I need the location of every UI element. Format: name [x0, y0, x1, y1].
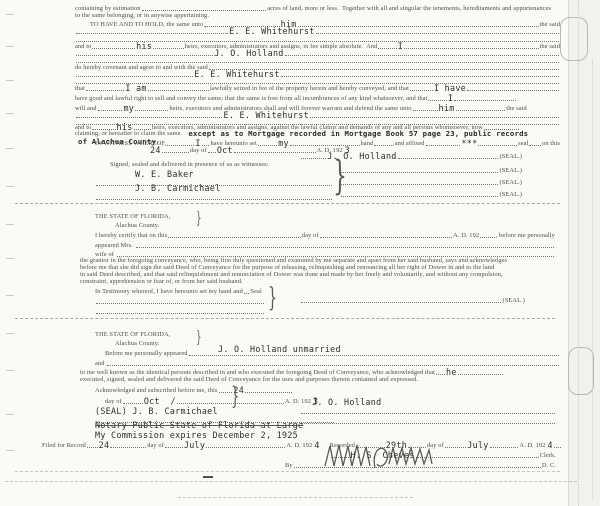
printed-form-text: (SEAL.) — [499, 168, 522, 174]
printed-form-text: have good and lawful right to sell and c… — [75, 96, 427, 102]
margin-mark — [6, 113, 14, 114]
printed-form-text: (SEAL.) — [502, 298, 525, 304]
dotted-leader — [554, 447, 561, 448]
document-line: J. B. Carmichael — [135, 184, 220, 192]
dotted-leader — [86, 90, 124, 91]
page-right-edge — [568, 0, 600, 506]
dotted-leader — [301, 158, 326, 159]
form-brace: } — [333, 156, 347, 196]
typed-entry-text: I have — [434, 84, 466, 92]
printed-form-text: on this — [542, 141, 560, 147]
dotted-leader — [490, 447, 519, 448]
printed-form-text: and affixed — [395, 141, 425, 147]
printed-form-text: appeared Mrs. — [95, 243, 135, 249]
document-line: (SEAL) J. B. Carmichael — [95, 407, 218, 415]
dotted-leader — [165, 447, 183, 448]
document-line: THE STATE OF FLORIDA, — [95, 330, 170, 338]
document-line — [300, 417, 556, 425]
edge-dotted-line — [592, 60, 593, 500]
printed-form-text: that — [75, 86, 85, 92]
margin-mark — [6, 46, 14, 47]
document-line: Acknowledged and subscribed before me, t… — [95, 386, 325, 394]
printed-form-text: day of — [190, 148, 207, 154]
printed-form-text: A. D. 192 — [453, 233, 479, 239]
margin-mark — [6, 148, 14, 149]
typed-entry-text: (SEAL) J. B. Carmichael — [95, 407, 218, 415]
printed-form-text: , before me personally — [496, 233, 555, 239]
typed-entry-text: J. O. Holland unmarried — [218, 345, 341, 353]
printed-form-text: THE STATE OF FLORIDA, — [95, 214, 170, 220]
margin-mark — [6, 414, 14, 415]
printed-form-text: day of — [302, 233, 319, 239]
document-line: constraint, apprehension or fear of, or … — [80, 277, 243, 285]
document-line: Alachua County. — [115, 339, 159, 347]
printed-form-text: By — [285, 463, 293, 469]
printed-form-text: A. D. 192 — [285, 399, 311, 405]
document-line: appeared Mrs. — [95, 241, 555, 249]
typed-entry-text: July — [184, 441, 205, 449]
printed-form-text: lawfully seized in fee of the property h… — [210, 86, 409, 92]
document-line: (SEAL.) — [340, 190, 522, 198]
printed-form-text: day of — [147, 443, 164, 449]
typed-entry-text: I — [448, 94, 453, 102]
typed-entry-text: J. O. Holland — [312, 398, 381, 406]
document-line — [95, 297, 265, 305]
document-line: E. E. Whitehurst — [75, 27, 560, 35]
margin-mark — [6, 14, 14, 15]
dotted-leader — [301, 423, 555, 424]
typed-entry-text: 24 — [150, 146, 161, 154]
printed-form-text: (SEAL.) — [499, 154, 522, 160]
printed-form-text: and — [95, 361, 106, 367]
dotted-leader — [208, 152, 216, 153]
typed-entry-text: July — [467, 441, 488, 449]
dotted-leader — [426, 145, 461, 146]
document-line: Signed, sealed and delivered in presence… — [110, 160, 269, 168]
printed-form-text: Clerk. — [540, 453, 556, 459]
printed-form-text: seal — [518, 141, 528, 147]
margin-mark — [6, 224, 14, 225]
dotted-leader — [398, 158, 499, 159]
printed-form-text: day of — [105, 399, 122, 405]
margin-mark — [6, 450, 14, 451]
clerk-signature-scrawl — [323, 440, 435, 472]
document-line: (SEAL.) — [300, 296, 525, 304]
binding-punch-hole — [568, 347, 594, 395]
typed-entry-text: *** — [461, 139, 477, 147]
dotted-leader — [245, 392, 291, 393]
document-line — [15, 203, 560, 204]
typed-entry-text: J. B. Carmichael — [135, 184, 220, 192]
dotted-leader — [87, 447, 98, 448]
document-line: J. O. Holland unmarried — [218, 345, 341, 353]
dotted-leader — [301, 413, 555, 414]
deed-scan-page: containing by estimationacres of land, m… — [0, 0, 600, 506]
form-brace: } — [196, 329, 202, 345]
typed-entry-text: W. E. Baker — [135, 170, 194, 178]
printed-form-text: THE STATE OF FLORIDA, — [95, 332, 170, 338]
dotted-leader — [480, 237, 494, 238]
dotted-leader — [428, 100, 446, 101]
document-line — [95, 307, 265, 315]
document-line: My Commission expires December 2, 1925 — [95, 431, 298, 439]
printed-form-text: Signed, sealed and delivered in presence… — [110, 162, 269, 168]
dotted-leader — [96, 313, 264, 314]
binding-punch-hole — [560, 17, 588, 61]
document-line: Alachua County. — [115, 221, 159, 229]
typed-entry-text: 4 — [547, 441, 552, 449]
dotted-leader — [206, 447, 285, 448]
printed-form-text: (SEAL.) — [499, 192, 522, 198]
typed-entry-text: E. E. Whitehurst — [229, 27, 314, 35]
dotted-leader — [301, 302, 501, 303]
margin-mark — [6, 370, 14, 371]
typed-entry-text: Oct / — [144, 397, 176, 405]
margin-mark — [6, 258, 14, 259]
document-line: and — [95, 359, 560, 367]
document-line: Filed for Record24day ofJulyA. D. 1924Re… — [42, 441, 562, 449]
printed-form-text: hand — [361, 141, 374, 147]
printed-form-text: Before me personally appeared — [105, 351, 188, 357]
printed-form-text: Acknowledged and subscribed before me, t… — [95, 388, 218, 394]
form-brace: } — [231, 384, 239, 408]
form-brace: } — [268, 285, 277, 311]
dotted-leader — [341, 196, 498, 197]
typed-entry-text: 4 — [314, 441, 319, 449]
document-line: Notary Public State of Florida at Large — [95, 421, 303, 429]
dotted-leader — [316, 33, 559, 34]
dotted-leader — [110, 447, 146, 448]
printed-form-text: Filed for Record — [42, 443, 86, 449]
document-line: In Testimony whereof, I have hereunto se… — [95, 287, 275, 295]
margin-mark — [6, 80, 14, 81]
dotted-leader — [374, 145, 393, 146]
typed-entry-text: Notary Public State of Florida at Large — [95, 421, 303, 429]
document-line — [5, 481, 577, 482]
printed-form-text: I hereby certify that on this — [95, 233, 167, 239]
printed-form-text: (SEAL.) — [499, 180, 522, 186]
dotted-leader — [96, 303, 264, 304]
document-line — [15, 318, 555, 319]
dotted-leader — [478, 145, 517, 146]
dotted-leader — [320, 237, 453, 238]
typed-entry-text: Oct — [217, 146, 233, 154]
margin-mark — [6, 186, 14, 187]
document-line: have good and lawful right to sell and c… — [75, 94, 560, 102]
dotted-leader — [107, 365, 559, 366]
typed-entry-text: he — [446, 368, 457, 376]
dotted-leader — [458, 374, 503, 375]
dotted-leader — [123, 403, 143, 404]
printed-form-text: Alachua County. — [115, 341, 159, 347]
dotted-leader — [410, 90, 433, 91]
dotted-leader — [244, 293, 250, 294]
printed-form-text: Seal — [250, 289, 261, 295]
dotted-leader — [341, 184, 498, 185]
document-line — [300, 407, 556, 415]
printed-form-text: executed, signed, sealed and delivered t… — [80, 377, 418, 383]
dotted-leader — [148, 90, 209, 91]
document-line — [15, 471, 560, 472]
dotted-leader — [341, 172, 498, 173]
margin-mark — [203, 476, 213, 478]
document-line: I hereby certify that on thisday ofA. D.… — [95, 231, 555, 239]
dotted-leader — [76, 33, 228, 34]
dotted-leader — [136, 247, 554, 248]
dotted-leader — [189, 355, 559, 356]
printed-form-text: A. D. 192 — [519, 443, 545, 449]
document-line: (SEAL.) — [340, 178, 522, 186]
document-line: THE STATE OF FLORIDA, — [95, 212, 170, 220]
document-line: (SEAL.) — [340, 166, 522, 174]
margin-mark — [6, 295, 14, 296]
typed-entry-text: I am — [125, 84, 146, 92]
dotted-leader — [96, 199, 332, 200]
printed-form-text: constraint, apprehension or fear of, or … — [80, 279, 243, 285]
document-line: executed, signed, sealed and delivered t… — [80, 375, 418, 383]
typed-entry-text: 24 — [99, 441, 110, 449]
printed-form-text: A. D. 192 — [286, 443, 312, 449]
document-line: J. O. Holland — [312, 398, 381, 406]
dotted-leader — [445, 447, 467, 448]
document-line: day ofOct /A. D. 1923 — [105, 397, 325, 405]
document-line: thatI amlawfully seized in fee of the pr… — [75, 84, 560, 92]
dotted-leader — [529, 145, 541, 146]
printed-form-text: acres of land, more or less. Together wi… — [267, 6, 551, 12]
document-line: to the same belonging, or in anywise app… — [75, 11, 209, 19]
form-brace: } — [196, 210, 202, 226]
dotted-leader — [467, 90, 559, 91]
printed-form-text: D. C. — [542, 463, 556, 469]
printed-form-text: to the same belonging, or in anywise app… — [75, 13, 209, 19]
dotted-leader — [436, 374, 445, 375]
printed-form-text: Alachua County. — [115, 223, 159, 229]
document-line: claiming, or hereafter to claim the same… — [75, 129, 528, 137]
dotted-leader — [168, 237, 301, 238]
margin-mark — [6, 333, 14, 334]
typed-entry-text: My Commission expires December 2, 1925 — [95, 431, 298, 439]
typed-entry-text: except as to Mortgage recorded in Mortga… — [188, 130, 528, 137]
document-line — [178, 497, 413, 498]
printed-form-text: In Testimony whereof, I have hereunto se… — [95, 289, 243, 295]
document-line: W. E. Baker — [135, 170, 194, 178]
document-line — [95, 193, 333, 201]
dotted-leader — [454, 100, 516, 101]
edge-dotted-line — [578, 0, 579, 506]
dotted-leader — [162, 152, 189, 153]
